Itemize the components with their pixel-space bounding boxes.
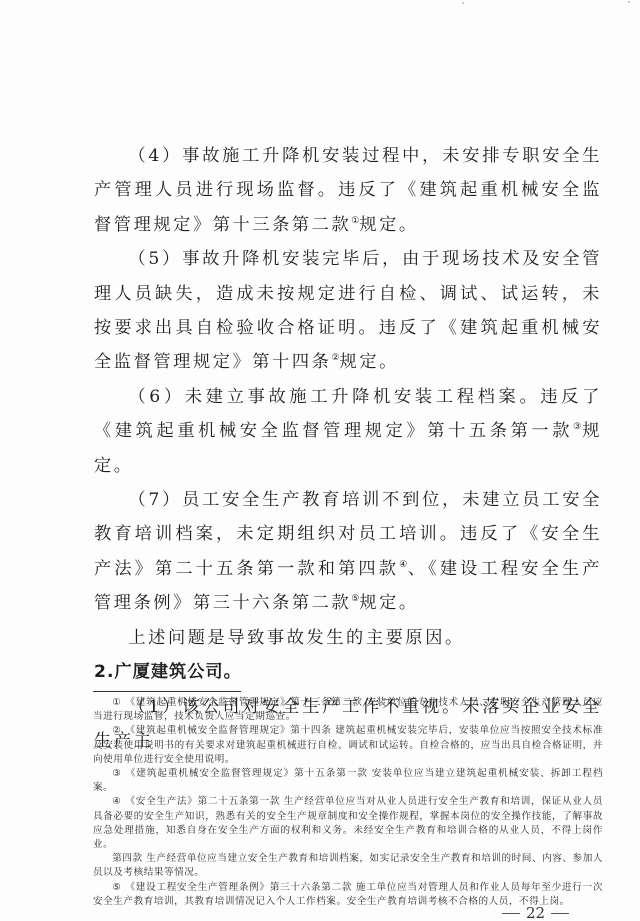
footnote-text: 第四款 生产经营单位应当建立安全生产教育和培训档案，如实记录安全生产教育和培训的… <box>93 853 603 878</box>
footnote-mark: ① <box>112 697 121 708</box>
paragraph-text: （6）未建立事故施工升降机安装工程档案。违反了《建筑起重机械安全监督管理规定》第… <box>94 387 602 441</box>
footnote-text: 《安全生产法》第二十五条第一款 生产经营单位应当对从业人员进行安全生产教育和培训… <box>93 796 603 850</box>
footnote-ref-2[interactable]: ② <box>331 353 339 363</box>
paragraph-text: （4）事故施工升降机安装过程中，未安排专职安全生产管理人员进行现场监督。违反了《… <box>94 146 602 235</box>
footnote-ref-3[interactable]: ③ <box>573 422 582 432</box>
paragraph-text: 规定。 <box>359 215 418 235</box>
scan-artifact <box>628 1 630 3</box>
footnote-item-1: ①《建筑起重机械安全监督管理规定》第十三条第二款 安装单位的专业技术人员、专职安… <box>93 696 603 724</box>
footnote-ref-4[interactable]: ④ <box>399 560 408 570</box>
footnote-mark: ⑤ <box>112 882 121 893</box>
footnote-item-4: ④《安全生产法》第二十五条第一款 生产经营单位应当对从业人员进行安全生产教育和培… <box>93 795 603 852</box>
paragraph-text: 规定。 <box>340 352 399 372</box>
footnote-mark: ④ <box>112 796 121 807</box>
page-number: 22 <box>502 905 602 921</box>
footnote-text: 《建筑起重机械安全监督管理规定》第十三条第二款 安装单位的专业技术人员、专职安全… <box>93 697 603 722</box>
footnote-item-3: ③《建筑起重机械安全监督管理规定》第十五条第一款 安装单位应当建立建筑起重机械安… <box>93 767 603 795</box>
footnote-mark: ② <box>112 725 121 736</box>
page-number-value: 22 <box>526 905 545 921</box>
paragraph-item-6: （6）未建立事故施工升降机安装工程档案。违反了《建筑起重机械安全监督管理规定》第… <box>94 380 602 483</box>
paragraph-item-4: （4）事故施工升降机安装过程中，未安排专职安全生产管理人员进行现场监督。违反了《… <box>94 139 602 242</box>
footnotes: ①《建筑起重机械安全监督管理规定》第十三条第二款 安装单位的专业技术人员、专职安… <box>93 696 603 909</box>
body-text: （4）事故施工升降机安装过程中，未安排专职安全生产管理人员进行现场监督。违反了《… <box>94 139 602 758</box>
footnote-item-2: ②《建筑起重机械安全监督管理规定》第十四条 建筑起重机械安装完毕后，安装单位应当… <box>93 724 603 767</box>
paragraph-item-7: （7）员工安全生产教育培训不到位，未建立员工安全教育培训档案，未定期组织对员工培… <box>94 483 602 621</box>
scan-artifact <box>462 2 464 4</box>
paragraph-text: 规定。 <box>359 593 418 613</box>
footnote-mark: ③ <box>112 768 122 779</box>
document-page: （4）事故施工升降机安装过程中，未安排专职安全生产管理人员进行现场监督。违反了《… <box>0 0 640 921</box>
page-number-dash-right <box>551 913 569 914</box>
paragraph-item-5: （5）事故升降机安装完毕后，由于现场技术及安全管理人员缺失，造成未按规定进行自检… <box>94 242 602 380</box>
summary-paragraph: 上述问题是导致事故发生的主要原因。 <box>94 621 602 655</box>
footnote-text: 《建筑起重机械安全监督管理规定》第十五条第一款 安装单位应当建立建筑起重机械安装… <box>93 768 603 793</box>
section-heading: 2.广厦建筑公司。 <box>94 655 602 689</box>
footnote-item-4-continued: 第四款 生产经营单位应当建立安全生产教育和培训档案，如实记录安全生产教育和培训的… <box>93 852 603 880</box>
footnote-text: 《建筑起重机械安全监督管理规定》第十四条 建筑起重机械安装完毕后，安装单位应当按… <box>93 725 603 764</box>
page-number-dash-left <box>502 913 520 914</box>
footnote-divider <box>93 691 241 692</box>
